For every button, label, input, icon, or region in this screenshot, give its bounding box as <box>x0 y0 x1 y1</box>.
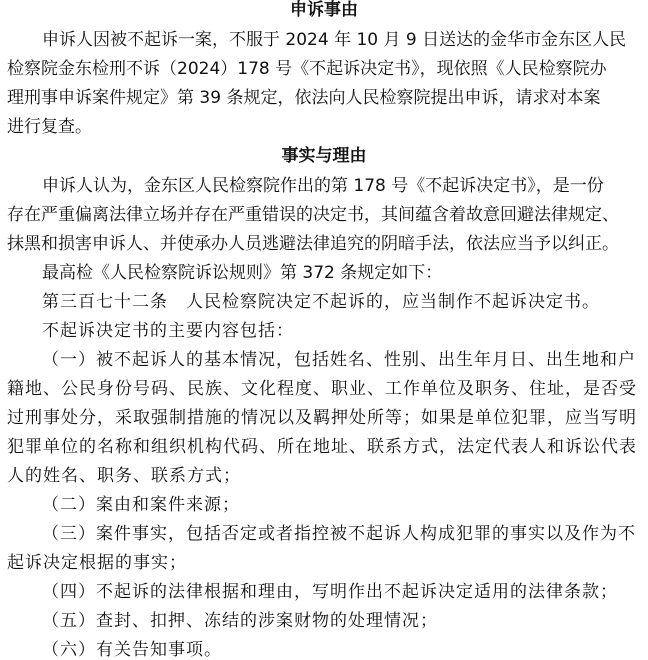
quote-line: 起诉决定根据的事实； <box>7 553 187 573</box>
quote-line: 人的姓名、职务、联系方式； <box>7 466 241 486</box>
heading-appeal-reason: 申诉事由 <box>0 0 648 20</box>
quote-line: （四）不起诉的法律根据和理由，写明作出不起诉决定适用的法律条款； <box>42 582 618 602</box>
paragraph-line: 理刑事申诉案件规定》第 39 条规定，依法向人民检察院提出申诉，请求对本案 <box>7 88 600 108</box>
paragraph-line: 最高检《人民检察院诉讼规则》第 372 条规定如下： <box>42 263 442 283</box>
quote-line: 过刑事处分，采取强制措施的情况以及羁押处所等；如果是单位犯罪，应当写明 <box>7 408 637 428</box>
quote-line: （一）被不起诉人的基本情况，包括姓名、性别、出生年月日、出生地和户 <box>42 350 636 370</box>
quote-line: 犯罪单位的名称和组织机构代码、所在地址、联系方式，法定代表人和诉讼代表 <box>7 437 637 457</box>
paragraph-line: 存在严重偏离法律立场并存在严重错误的决定书，其间蕴含着故意回避法律规定、 <box>7 205 619 225</box>
paragraph-line: 申诉人因被不起诉一案，不服于 2024 年 10 月 9 日送达的金华市金东区人… <box>42 30 626 50</box>
paragraph-line: 进行复查。 <box>7 117 92 137</box>
quote-line: （三）案件事实，包括否定或者指控被不起诉人构成犯罪的事实以及作为不 <box>42 524 636 544</box>
quote-line: （五）查封、扣押、冻结的涉案财物的处理情况； <box>42 611 438 631</box>
quote-line: 不起诉决定书的主要内容包括： <box>42 321 294 341</box>
paragraph-line: 检察院金东检刑不诉（2024）178 号《不起诉决定书》，现依照《人民检察院办 <box>7 59 607 79</box>
quote-line: 籍地、公民身份号码、民族、文化程度、职业、工作单位及职务、住址，是否受 <box>7 379 637 399</box>
paragraph-line: 申诉人认为，金东区人民检察院作出的第 178 号《不起诉决定书》，是一份 <box>42 176 604 196</box>
paragraph-line: 抹黑和损害申诉人、并使承办人员逃避法律追究的阴暗手法，依法应当予以纠正。 <box>7 234 619 254</box>
quote-line: （二）案由和案件来源； <box>42 495 240 515</box>
quote-line: 第三百七十二条 人民检察院决定不起诉的，应当制作不起诉决定书。 <box>42 292 600 312</box>
heading-facts-reasons: 事实与理由 <box>0 146 648 166</box>
quote-line: （六）有关告知事项。 <box>42 640 222 660</box>
